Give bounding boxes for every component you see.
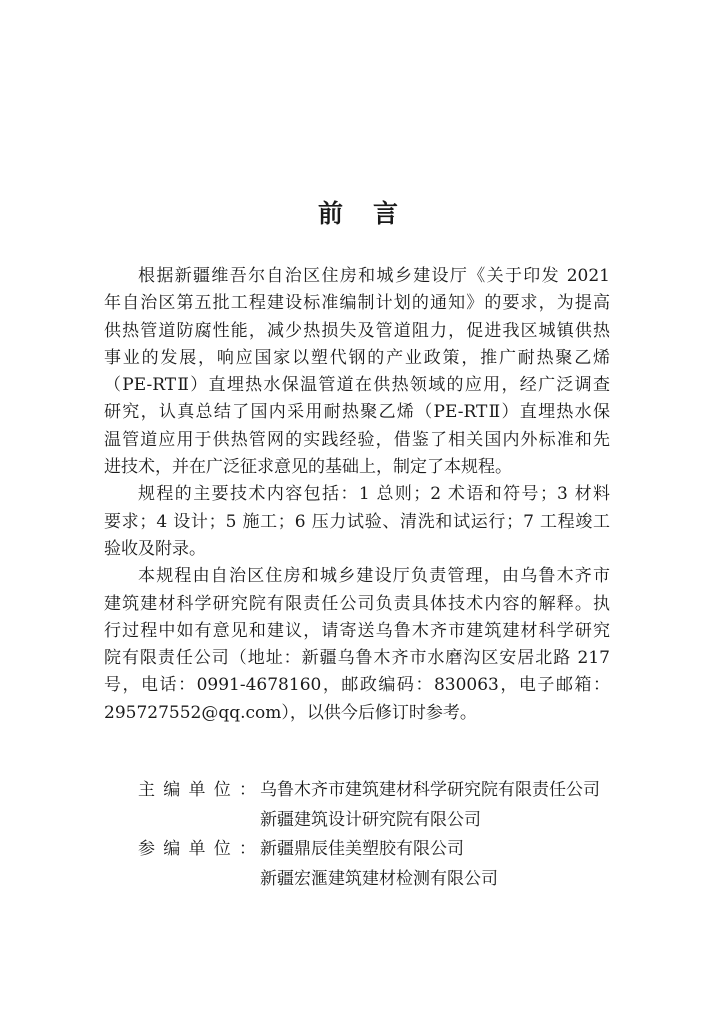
participating-unit-row: 参编单位： 新疆鼎辰佳美塑胶有限公司 bbox=[138, 835, 600, 865]
text-line: 号，电话：0991-4678160，邮政编码：830063，电子邮箱： bbox=[104, 672, 610, 699]
text-line: 院有限责任公司（地址：新疆乌鲁木齐市水磨沟区安居北路 217 bbox=[104, 645, 610, 672]
title-char-2: 言 bbox=[373, 194, 398, 230]
text-line: 供热管道防腐性能，减少热损失及管道阻力，促进我区城镇供热 bbox=[104, 318, 610, 345]
text-line: 年自治区第五批工程建设标准编制计划的通知》的要求，为提高 bbox=[104, 290, 610, 317]
chief-editor-label: 主编单位： bbox=[138, 776, 256, 806]
text-line: 进技术，并在广泛征求意见的基础上，制定了本规程。 bbox=[104, 454, 610, 481]
text-line: 规程的主要技术内容包括：1 总则；2 术语和符号；3 材料 bbox=[104, 481, 610, 508]
participating-unit-row: 新疆宏滙建筑建材检测有限公司 bbox=[138, 865, 600, 895]
participating-editor-label: 参编单位： bbox=[138, 835, 256, 865]
text-line: 建筑建材科学研究院有限责任公司负责具体技术内容的解释。执 bbox=[104, 591, 610, 618]
text-line: 行过程中如有意见和建议，请寄送乌鲁木齐市建筑建材科学研究 bbox=[104, 618, 610, 645]
paragraph-background: 根据新疆维吾尔自治区住房和城乡建设厅《关于印发 2021 年自治区第五批工程建设… bbox=[104, 263, 610, 481]
chief-unit: 乌鲁木齐市建筑建材科学研究院有限责任公司 bbox=[260, 776, 600, 806]
editing-units: 主编单位： 乌鲁木齐市建筑建材科学研究院有限责任公司 新疆建筑设计研究院有限公司… bbox=[138, 776, 600, 894]
text-line: （PE-RTⅡ）直埋热水保温管道在供热领域的应用，经广泛调查 bbox=[104, 372, 610, 399]
text-line: 295727552@qq.com），以供今后修订时参考。 bbox=[104, 700, 610, 727]
text-line: 本规程由自治区住房和城乡建设厅负责管理，由乌鲁木齐市 bbox=[104, 563, 610, 590]
paragraph-contents: 规程的主要技术内容包括：1 总则；2 术语和符号；3 材料 要求；4 设计；5 … bbox=[104, 481, 610, 563]
participating-unit: 新疆宏滙建筑建材检测有限公司 bbox=[260, 865, 498, 895]
preface-body: 根据新疆维吾尔自治区住房和城乡建设厅《关于印发 2021 年自治区第五批工程建设… bbox=[104, 263, 610, 727]
chief-unit: 新疆建筑设计研究院有限公司 bbox=[260, 806, 481, 836]
chief-unit-row: 新疆建筑设计研究院有限公司 bbox=[138, 806, 600, 836]
text-line: 验收及附录。 bbox=[104, 536, 610, 563]
chief-unit-row: 主编单位： 乌鲁木齐市建筑建材科学研究院有限责任公司 bbox=[138, 776, 600, 806]
title-char-1: 前 bbox=[318, 194, 343, 230]
participating-unit: 新疆鼎辰佳美塑胶有限公司 bbox=[260, 835, 464, 865]
text-line: 温管道应用于供热管网的实践经验，借鉴了相关国内外标准和先 bbox=[104, 427, 610, 454]
text-line: 根据新疆维吾尔自治区住房和城乡建设厅《关于印发 2021 bbox=[104, 263, 610, 290]
paragraph-management: 本规程由自治区住房和城乡建设厅负责管理，由乌鲁木齐市 建筑建材科学研究院有限责任… bbox=[104, 563, 610, 727]
text-line: 研究，认真总结了国内采用耐热聚乙烯（PE-RTⅡ）直埋热水保 bbox=[104, 399, 610, 426]
page-title: 前言 bbox=[0, 194, 716, 230]
text-line: 要求；4 设计；5 施工；6 压力试验、清洗和试运行；7 工程竣工 bbox=[104, 509, 610, 536]
text-line: 事业的发展，响应国家以塑代钢的产业政策，推广耐热聚乙烯 bbox=[104, 345, 610, 372]
